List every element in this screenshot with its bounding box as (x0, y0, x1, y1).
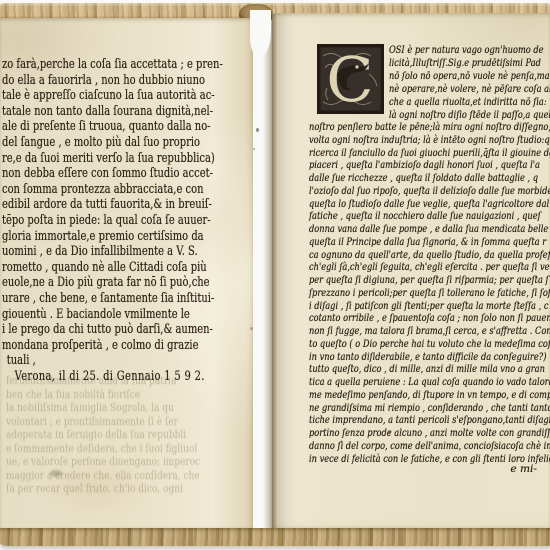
text-line: volta ogni noſtra induſtria; là è intēto… (309, 134, 550, 147)
text-line: fatiche , queſta il nocchiero dalle ſue … (309, 210, 550, 223)
text-line: i le prego da chi tutto può darſi,& aume… (2, 321, 239, 337)
book-photo: feruentiſsimamente ama la ſua patriaben … (0, 0, 550, 550)
text-line: in vno tanto diſiderabile, e tanto diffi… (309, 351, 550, 364)
ink-speck (256, 128, 259, 132)
text-line: re,e da ſuoi meriti verſo la ſua repubbl… (2, 150, 239, 166)
text-line: uomini , e da Dio infallibilmente a V. S… (2, 243, 239, 259)
text-line: mondana proſperità , e colmo di grazie (2, 337, 239, 353)
show-through-text: feruentiſsimamente ama la ſua patriaben … (6, 374, 237, 496)
text-line: zo farà,perche la coſa ſia accettata ; e… (2, 56, 239, 72)
text-line: che a quella riuolta,et indiritta nō ſia… (389, 96, 550, 109)
text-line: Verona, il di 25. di Gennaio 1 5 9 2. (15, 368, 239, 384)
text-line: euole,ne a Dio più grata far nō ſi può,c… (2, 274, 239, 290)
text-line: ſa per recar quel fruto, ch'io dico, ogn… (6, 482, 237, 496)
text-line: non debba eſſere con ſommo ſtudio accet- (2, 165, 239, 181)
text-line: tutto queſto, dico , di mille, anzi di m… (309, 363, 550, 376)
text-line: ch'egli ſà,ch'egli ſeguita, ch'egli eſer… (309, 261, 550, 274)
text-line: del ſangue , e molto più dal ſuo proprio (2, 134, 239, 150)
right-page: C OSI è per natura vago ogn'huomo delici… (272, 13, 550, 530)
text-line: me medeſimo penſando, di ſtupore in vn t… (309, 389, 550, 402)
text-line: cotanto orribile , e ſpauentoſa coſa ; n… (309, 312, 550, 325)
text-line: ue, e valoroſe perſone diuengano; impero… (6, 455, 237, 469)
left-page: feruentiſsimamente ama la ſua patriaben … (0, 18, 253, 531)
text-line: portino ſenza prode alcuno , anzi molte … (309, 427, 550, 440)
text-line: tuali , (7, 352, 239, 368)
text-line: ne grandiſsima mi riempio , conſiderando… (309, 402, 550, 415)
text-line: licità,Illuſtriſſ.Sig.e prudētiſsimi Pad (389, 57, 550, 70)
text-line: urare , che bene, e ſantamente ſia inſti… (2, 290, 239, 306)
text-line: do ella a fauorirla , non ho dubbio niun… (2, 72, 239, 88)
ink-smudge (50, 470, 62, 477)
text-line: la nobiliſsima famiglia Sogrola, la qu (6, 401, 237, 415)
text-line: ben che la ſua nobiltà fioriſce (6, 388, 237, 402)
text-line: volontari ; e prontiſsimamente ſi è ſer (6, 415, 237, 429)
text-line: ricerca il fanciullo da ſuoi giuochi pue… (309, 147, 550, 160)
text-line: i diſagi , ſi patiſcon gli ſtenti;per qu… (309, 300, 550, 313)
text-line: donna vana dalle ſue pompe , e dalla ſua… (309, 223, 550, 236)
text-line: giouentù . E baciandole vmilmente le (2, 306, 239, 322)
ink-speck (253, 148, 255, 150)
text-line: non ſi fugge, ma talora ſi brama,ſi cerc… (309, 325, 550, 338)
text-line: to queſto ( o Dio perche hai tu voluto c… (309, 338, 550, 351)
right-page-text-block: noſtro penſiero batte le pēne;là mira og… (309, 121, 550, 465)
text-line: l'ozioſo dal ſuo ripoſo, queſta il deliz… (309, 185, 550, 198)
text-line: tica a quella peruiene : La qual coſa qu… (309, 376, 550, 389)
left-page-text-block: zo farà,perche la coſa ſia accettata ; e… (2, 56, 239, 383)
text-line: OSI è per natura vago ogn'huomo de (389, 44, 550, 57)
text-line: e ſommamente deſidera, che i ſuoi figliu… (6, 442, 237, 456)
woodcut-initial-illustration: C (317, 44, 384, 114)
gutter-shadow (263, 14, 277, 530)
right-page-text-beside-initial: OSI è per natura vago ogn'huomo delicità… (389, 44, 550, 122)
text-line: tale è appreſſo ciaſcuno la ſua autorità… (2, 87, 239, 103)
text-line: ca ognuno da quell'arte, da quello ſtudi… (309, 249, 550, 262)
text-line: edibil ardore da tutti fauorita,& in bre… (2, 196, 239, 212)
ink-speck (388, 431, 391, 434)
text-line: tēpo poſta in piede: la qual coſa ſe auu… (2, 212, 239, 228)
text-line: noſtro penſiero batte le pēne;là mira og… (309, 121, 550, 134)
text-line: tiche imprendano, a tanti pericoli s'eſp… (309, 414, 550, 427)
ink-speck (250, 327, 253, 330)
text-line: per queſta ſi digiuna, per queſta ſi riſ… (309, 274, 550, 287)
initial-capital-letter: C (326, 44, 373, 114)
text-line: dalle ſue ricchezze , queſta il ſoldato … (309, 172, 550, 185)
text-line: queſta il Principe dalla ſua ſignoria, &… (309, 236, 550, 249)
text-line: maggior a credere che, ella conſidera, c… (6, 469, 237, 483)
text-line: adoperata in ſeruigio della ſua repubbli (6, 428, 237, 442)
text-line: nè operare,nè volere, nè pēſare coſa al (389, 83, 550, 96)
book-bottom-edge (0, 528, 550, 546)
text-line: gloria immortale,e premio certiſsimo da (2, 228, 239, 244)
text-line: danno ſì del corpo, come dell'anima, con… (309, 440, 550, 453)
text-line: tatale non tanto dalla ſourana dignità,n… (2, 103, 239, 119)
catchword: e mi- (309, 463, 537, 475)
text-line: piaceri , queſta l'ambizioſo dagli honor… (309, 159, 550, 172)
text-line: queſta lo ſtudioſo dalle ſue veglie, que… (309, 198, 550, 211)
text-line: ſprezzano i pericoli;per queſta ſi tolle… (309, 287, 550, 300)
text-line: con ſomma prontezza abbracciata,e con (2, 181, 239, 197)
text-line: ale di preſente ſi truoua, quanto dalla … (2, 118, 239, 134)
text-line: nō ſolo nō opera,nō vuole nè penſa,ma (389, 70, 550, 83)
text-line: rometto , quando nè alle Cittadi coſa pi… (2, 259, 239, 275)
